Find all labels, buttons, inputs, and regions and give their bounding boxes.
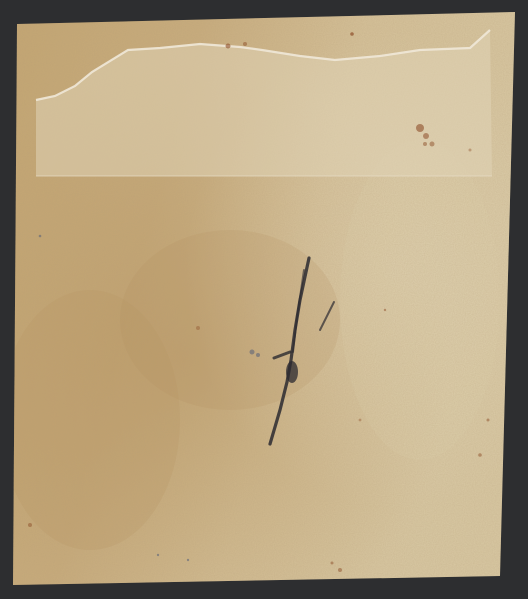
stamp-paper (0, 0, 528, 599)
stamp-photo (0, 0, 528, 599)
